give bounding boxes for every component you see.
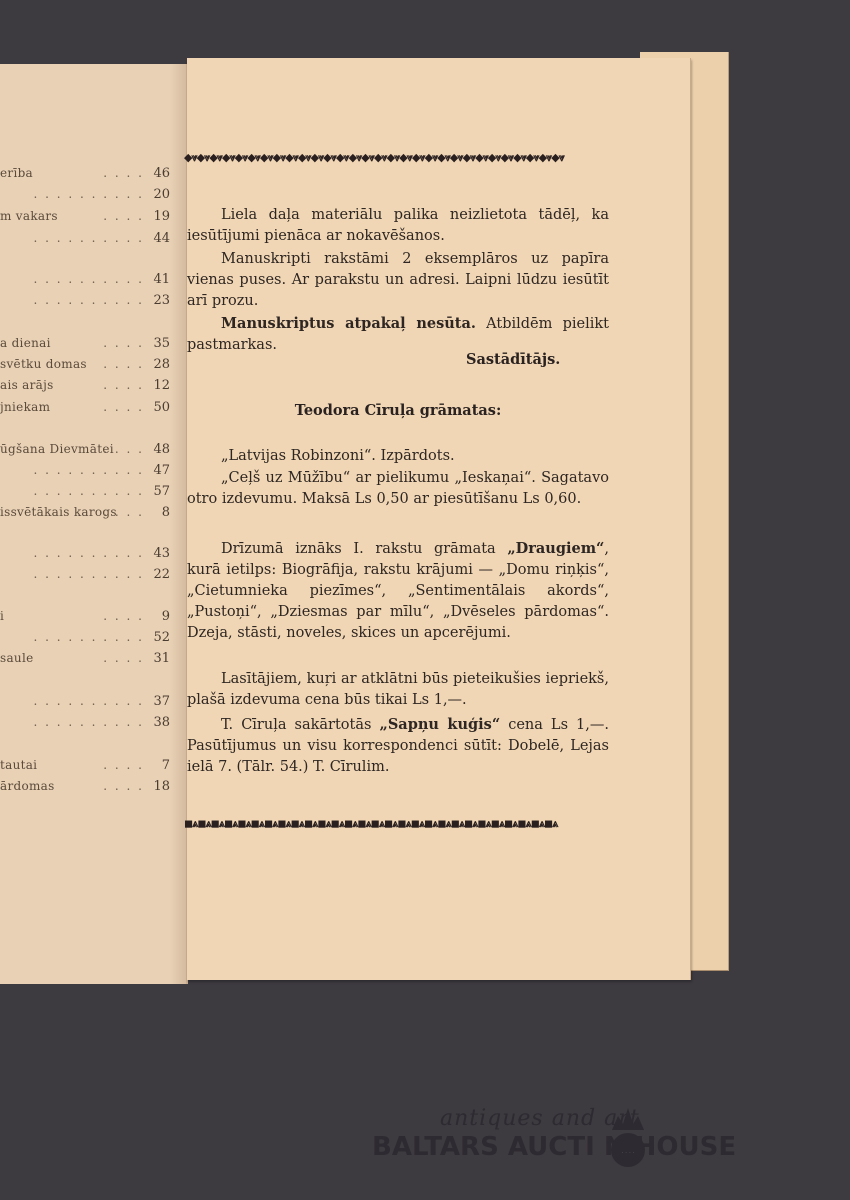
- toc-leader-dots: . . . .: [103, 336, 144, 350]
- toc-leader-dots: . . . . . . . . . .: [34, 630, 144, 644]
- toc-leader-dots: . . . .: [103, 209, 144, 223]
- toc-entry-page: 52: [153, 630, 170, 645]
- toc-entry-title: ūgšana Dievmātei: [0, 442, 114, 456]
- toc-entry: tautai. . . .7: [0, 758, 172, 776]
- toc-entry-title: m vakars: [0, 209, 58, 223]
- toc-entry-page: 18: [153, 779, 170, 794]
- toc-entry-title: ārdomas: [0, 779, 55, 793]
- toc-entry-title: tautai: [0, 758, 37, 772]
- svg-text:. . . .: . . . .: [621, 1148, 634, 1155]
- book-sapnu-title: „Sapņu kuģis“: [380, 716, 501, 733]
- book-draugiem: Drīzumā iznāks I. rakstu grāmata „Draugi…: [187, 538, 609, 644]
- book-sapnu-intro: T. Cīruļa sakārtotās: [221, 717, 380, 733]
- toc-entry: svētku domas. . . .28: [0, 357, 172, 375]
- notice-paragraph-2: Manuskripti rakstāmi 2 eksemplāros uz pa…: [187, 249, 609, 312]
- toc-leader-dots: . . . .: [103, 651, 144, 665]
- toc-entry: . . . . . . . . . .47: [0, 463, 172, 481]
- toc-entry-page: 50: [153, 400, 170, 415]
- toc-entry-title: jniekam: [0, 400, 50, 414]
- toc-entry: jniekam. . . .50: [0, 400, 172, 418]
- toc-leader-dots: . . . .: [103, 357, 144, 371]
- toc-leader-dots: . . . .: [103, 505, 144, 519]
- toc-entry: ūgšana Dievmātei. . . .48: [0, 442, 172, 460]
- toc-entry-page: 28: [153, 357, 170, 372]
- toc-entry: . . . . . . . . . .41: [0, 272, 172, 290]
- toc-entry-page: 22: [153, 567, 170, 582]
- right-page: [187, 58, 691, 980]
- toc-entry-page: 38: [153, 715, 170, 730]
- toc-entry-title: issvētākais karogs: [0, 505, 117, 519]
- toc-entry-page: 47: [153, 463, 170, 478]
- book-sapnu-kugis: T. Cīruļa sakārtotās „Sapņu kuģis“ cena …: [187, 714, 609, 778]
- toc-entry-page: 37: [153, 694, 170, 709]
- toc-entry-title: erība: [0, 166, 33, 180]
- toc-entry-page: 19: [153, 209, 170, 224]
- books-heading: Teodora Cīruļa grāmatas:: [187, 402, 609, 419]
- toc-leader-dots: . . . . . . . . . .: [34, 293, 144, 307]
- toc-entry: . . . . . . . . . .52: [0, 630, 172, 648]
- spine-shadow: [170, 64, 186, 984]
- toc-entry-page: 41: [153, 272, 170, 287]
- toc-entry: . . . . . . . . . .22: [0, 567, 172, 585]
- toc-entry: . . . . . . . . . .38: [0, 715, 172, 733]
- toc-entry-page: 44: [153, 231, 170, 246]
- toc-leader-dots: . . . . . . . . . .: [34, 272, 144, 286]
- toc-leader-dots: . . . . . . . . . .: [34, 715, 144, 729]
- toc-entry-title: saule: [0, 651, 33, 665]
- toc-entry-page: 8: [162, 505, 170, 520]
- toc-entry-page: 48: [153, 442, 170, 457]
- toc-leader-dots: . . . .: [103, 609, 144, 623]
- crown-logo-icon: . . . .: [608, 1106, 648, 1172]
- toc-leader-dots: . . . . . . . . . .: [34, 484, 144, 498]
- toc-entry: . . . . . . . . . .43: [0, 546, 172, 564]
- toc-leader-dots: . . . .: [103, 442, 144, 456]
- toc-entry-page: 20: [153, 187, 170, 202]
- signature: Sastādītājs.: [466, 351, 560, 368]
- readers-offer: Lasītājiem, kuŗi ar atklātni būs pieteik…: [187, 669, 609, 711]
- toc-leader-dots: . . . . . . . . . .: [34, 546, 144, 560]
- toc-leader-dots: . . . . . . . . . .: [34, 567, 144, 581]
- toc-entry-page: 31: [153, 651, 170, 666]
- book-latvijas-robinzoni: „Latvijas Robinzoni“. Izpārdots.: [187, 446, 609, 467]
- notice-paragraph-1: Liela daļa materiālu palika neizlietota …: [187, 205, 609, 247]
- toc-entry: m vakars. . . .19: [0, 209, 172, 227]
- watermark: antiques and art BALTARS AUCTI N HOUSE .…: [370, 1106, 770, 1170]
- toc-entry: ais arājs. . . .12: [0, 378, 172, 396]
- toc-leader-dots: . . . . . . . . . .: [34, 187, 144, 201]
- ornament-border-bottom: ◼⩓◼⩓◼⩓◼⩓◼⩓◼⩓◼⩓◼⩓◼⩓◼⩓◼⩓◼⩓◼⩓◼⩓◼⩓◼⩓◼⩓◼⩓◼⩓◼⩓…: [184, 818, 606, 830]
- toc-leader-dots: . . . .: [103, 166, 144, 180]
- ornament-border-top: ◆⩔◆⩔◆⩔◆⩔◆⩔◆⩔◆⩔◆⩔◆⩔◆⩔◆⩔◆⩔◆⩔◆⩔◆⩔◆⩔◆⩔◆⩔◆⩔◆⩔…: [184, 152, 606, 164]
- toc-leader-dots: . . . . . . . . . .: [34, 231, 144, 245]
- book-draugiem-title: „Draugiem“: [507, 540, 604, 557]
- toc-entry-page: 43: [153, 546, 170, 561]
- book-draugiem-intro: Drīzumā iznāks I. rakstu grāmata: [221, 541, 507, 557]
- toc-leader-dots: . . . .: [103, 758, 144, 772]
- toc-entry-page: 23: [153, 293, 170, 308]
- toc-entry-page: 9: [162, 609, 170, 624]
- toc-entry: . . . . . . . . . .20: [0, 187, 172, 205]
- toc-entry-page: 57: [153, 484, 170, 499]
- toc-leader-dots: . . . . . . . . . .: [34, 694, 144, 708]
- watermark-name: BALTARS AUCTI N HOUSE: [372, 1132, 736, 1162]
- toc-entry: i. . . .9: [0, 609, 172, 627]
- toc-entry-title: ais arājs: [0, 378, 54, 392]
- toc-entry: issvētākais karogs. . . .8: [0, 505, 172, 523]
- toc-entry: . . . . . . . . . .57: [0, 484, 172, 502]
- toc-entry-title: i: [0, 609, 4, 623]
- toc-entry-title: svētku domas: [0, 357, 87, 371]
- toc-entry: erība. . . .46: [0, 166, 172, 184]
- toc-leader-dots: . . . .: [103, 779, 144, 793]
- toc-entry-page: 46: [153, 166, 170, 181]
- toc-entry-page: 35: [153, 336, 170, 351]
- book-cels-uz-muzibu: „Ceļš uz Mūžību“ ar pielikumu „Ieskaņai“…: [187, 468, 609, 510]
- notice-paragraph-3: Manuskriptus atpakaļ nesūta. Atbildēm pi…: [187, 313, 609, 356]
- toc-entry-page: 7: [162, 758, 170, 773]
- toc-entry: ārdomas. . . .18: [0, 779, 172, 797]
- toc-entry-page: 12: [153, 378, 170, 393]
- toc-leader-dots: . . . .: [103, 378, 144, 392]
- toc-entry: . . . . . . . . . .44: [0, 231, 172, 249]
- toc-entry: a dienai. . . .35: [0, 336, 172, 354]
- toc-entry: saule. . . .31: [0, 651, 172, 669]
- toc-entry: . . . . . . . . . .37: [0, 694, 172, 712]
- toc-leader-dots: . . . .: [103, 400, 144, 414]
- toc-entry: . . . . . . . . . .23: [0, 293, 172, 311]
- toc-leader-dots: . . . . . . . . . .: [34, 463, 144, 477]
- toc-entry-title: a dienai: [0, 336, 51, 350]
- notice-bold-text: Manuskriptus atpakaļ nesūta.: [221, 315, 476, 332]
